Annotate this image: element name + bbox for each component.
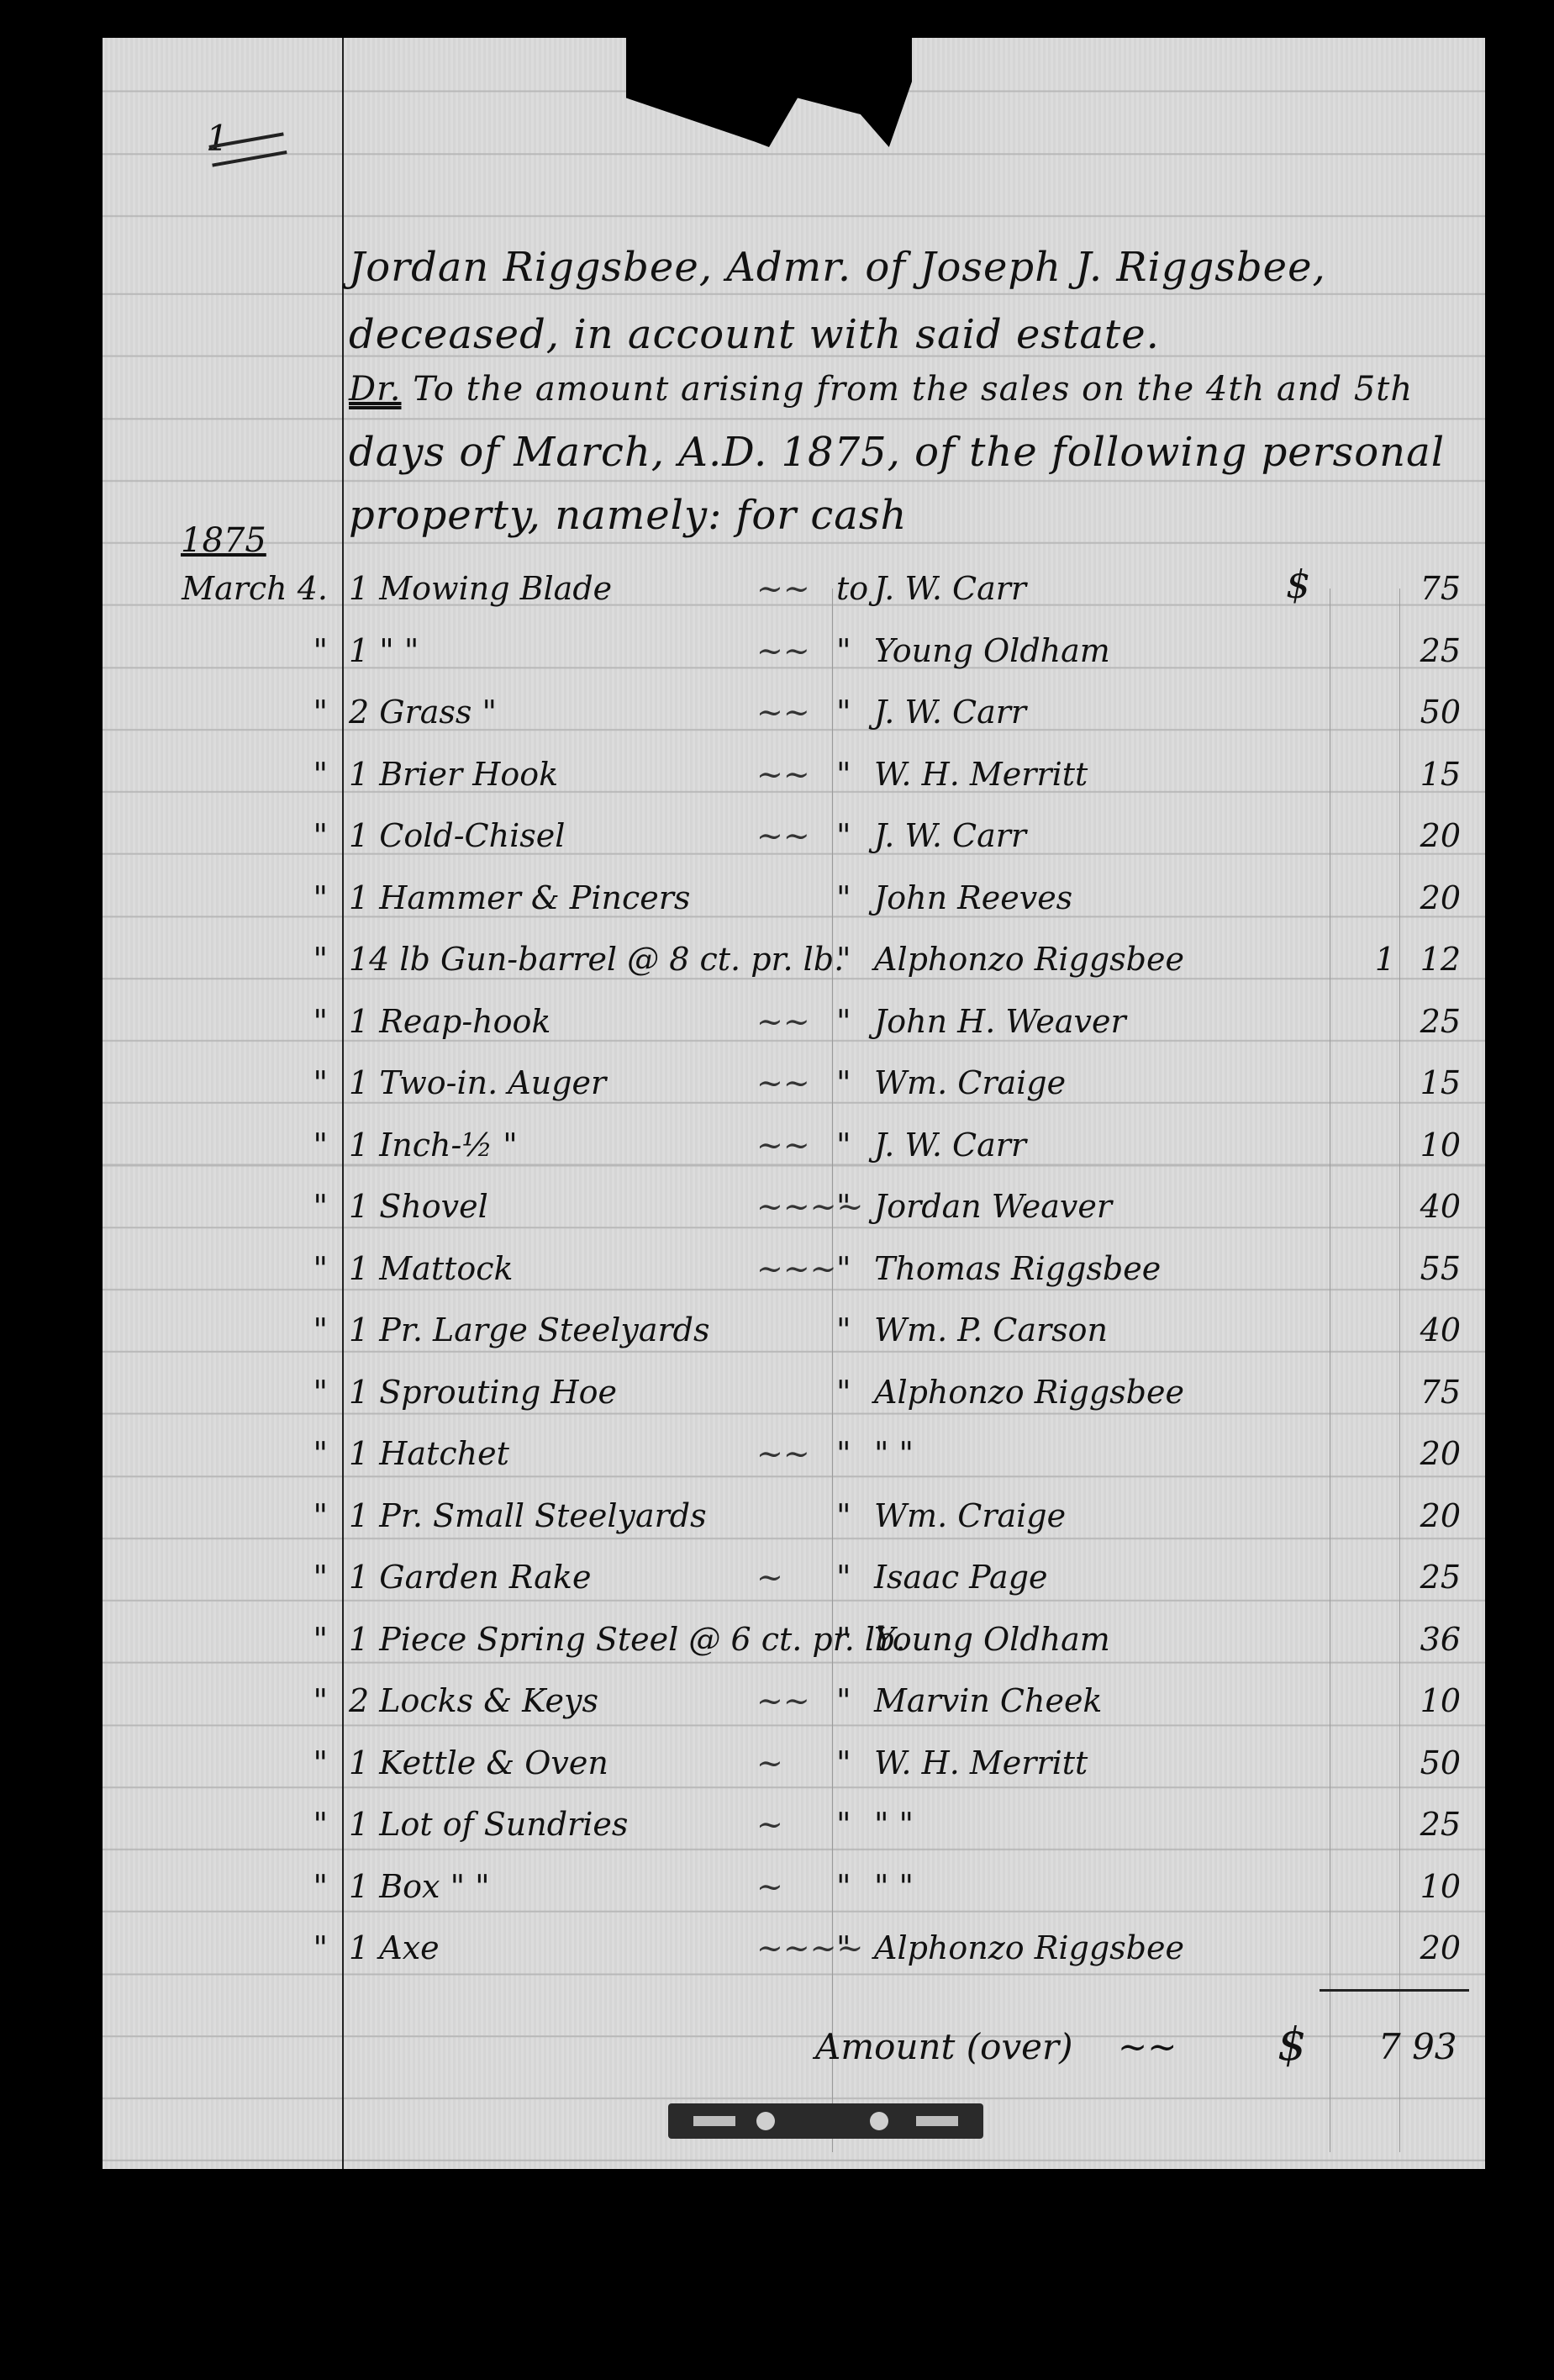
row-item: 1 Box " "	[349, 1868, 490, 1905]
row-date: March 4.	[151, 570, 328, 607]
row-buyer: J. W. Carr	[874, 1127, 1026, 1164]
total-value: 7 93	[1378, 2026, 1457, 2067]
row-to: "	[836, 941, 851, 978]
row-dollars: 1	[1345, 941, 1395, 978]
row-date: "	[151, 1559, 328, 1596]
table-row: " 1 Inch-½ " ~~ " J. W. Carr 10	[0, 1118, 1554, 1180]
row-date: "	[151, 1064, 328, 1101]
row-buyer: Wm. Craige	[874, 1064, 1066, 1101]
row-dash: ~	[756, 1744, 783, 1781]
row-dash: ~~	[756, 1682, 810, 1719]
row-to: "	[836, 1188, 851, 1225]
row-item: 1 Pr. Large Steelyards	[349, 1311, 709, 1348]
row-item: 1 Cold-Chisel	[349, 817, 565, 854]
row-cents: 40	[1402, 1188, 1461, 1225]
row-date: "	[151, 1435, 328, 1472]
row-dash: ~~	[756, 1064, 810, 1101]
row-item: 1 Brier Hook	[349, 756, 558, 793]
row-cents: 75	[1402, 570, 1461, 607]
row-buyer: Alphonzo Riggsbee	[874, 1929, 1184, 1966]
row-date: "	[151, 941, 328, 978]
table-row: " 14 lb Gun-barrel @ 8 ct. pr. lb. " Alp…	[0, 932, 1554, 995]
row-date: "	[151, 1003, 328, 1040]
row-cents: 75	[1402, 1374, 1461, 1411]
row-dash: ~~	[756, 1003, 810, 1040]
row-buyer: " "	[874, 1868, 914, 1905]
row-cents: 50	[1402, 1744, 1461, 1781]
heading-line-3-text: To the amount arising from the sales on …	[402, 370, 1414, 409]
row-to: "	[836, 1621, 851, 1658]
row-buyer: J. W. Carr	[874, 817, 1026, 854]
row-to: "	[836, 817, 851, 854]
table-row: " 2 Grass " ~~ " J. W. Carr 50	[0, 685, 1554, 747]
row-dash: ~~	[756, 1435, 810, 1472]
row-to: "	[836, 1127, 851, 1164]
row-to: "	[836, 1868, 851, 1905]
row-cents: 40	[1402, 1311, 1461, 1348]
heading-line-1: Jordan Riggsbee, Admr. of Joseph J. Rigg…	[349, 244, 1326, 291]
row-item: 1 Lot of Sundries	[349, 1806, 628, 1843]
row-to: "	[836, 1064, 851, 1101]
row-date: "	[151, 1806, 328, 1843]
dollar-sign-icon: $	[1277, 2018, 1306, 2071]
row-item: 1 Mattock	[349, 1250, 514, 1287]
row-to: to	[836, 570, 868, 607]
row-dash: ~	[756, 1868, 783, 1905]
total-dash: ~~	[1118, 2026, 1177, 2067]
row-to: "	[836, 1559, 851, 1596]
row-to: "	[836, 1250, 851, 1287]
table-row: " 1 Pr. Small Steelyards " Wm. Craige 20	[0, 1489, 1554, 1551]
total-rule	[1320, 1989, 1469, 1992]
row-to: "	[836, 1003, 851, 1040]
row-dash: ~~	[756, 756, 810, 793]
row-item: 1 Sprouting Hoe	[349, 1374, 617, 1411]
row-buyer: J. W. Carr	[874, 570, 1026, 607]
row-date: "	[151, 1188, 328, 1225]
table-row: " 1 Two-in. Auger ~~ " Wm. Craige 15	[0, 1056, 1554, 1118]
row-buyer: " "	[874, 1435, 914, 1472]
row-buyer: Young Oldham	[874, 632, 1110, 669]
heading-line-5: property, namely: for cash	[349, 492, 907, 539]
table-row: " 1 Axe ~~~~ " Alphonzo Riggsbee 20	[0, 1921, 1554, 1983]
row-to: "	[836, 1682, 851, 1719]
row-date: "	[151, 1744, 328, 1781]
row-date: "	[151, 879, 328, 916]
row-item: 2 Locks & Keys	[349, 1682, 598, 1719]
row-buyer: " "	[874, 1806, 914, 1843]
row-cents: 10	[1402, 1682, 1461, 1719]
table-row: " 1 Garden Rake ~ " Isaac Page 25	[0, 1550, 1554, 1612]
row-cents: 25	[1402, 1806, 1461, 1843]
archive-stamp-icon	[668, 2103, 983, 2139]
row-item: 1 Hatchet	[349, 1435, 509, 1472]
heading-line-2: deceased, in account with said estate.	[349, 311, 1160, 358]
row-dash: ~~	[756, 632, 810, 669]
row-item: 1 Two-in. Auger	[349, 1064, 606, 1101]
row-dash: ~	[756, 1806, 783, 1843]
heading-line-4: days of March, A.D. 1875, of the followi…	[349, 429, 1445, 476]
year-label: 1875	[181, 521, 266, 560]
row-date: "	[151, 1682, 328, 1719]
row-cents: 10	[1402, 1868, 1461, 1905]
table-row: " 1 Kettle & Oven ~ " W. H. Merritt 50	[0, 1736, 1554, 1798]
table-row: " 1 Sprouting Hoe " Alphonzo Riggsbee 75	[0, 1365, 1554, 1427]
heading-line-3: Dr. To the amount arising from the sales…	[349, 370, 1413, 409]
row-buyer: W. H. Merritt	[874, 756, 1088, 793]
row-dash: ~~	[756, 817, 810, 854]
row-date: "	[151, 1311, 328, 1348]
row-to: "	[836, 632, 851, 669]
row-buyer: Alphonzo Riggsbee	[874, 1374, 1184, 1411]
row-item: 1 Reap-hook	[349, 1003, 550, 1040]
table-row: " 1 Hammer & Pincers " John Reeves 20	[0, 871, 1554, 933]
row-buyer: John Reeves	[874, 879, 1072, 916]
row-buyer: Alphonzo Riggsbee	[874, 941, 1184, 978]
table-row: " 1 Piece Spring Steel @ 6 ct. pr. lb. "…	[0, 1612, 1554, 1675]
row-buyer: Wm. Craige	[874, 1497, 1066, 1534]
row-to: "	[836, 879, 851, 916]
row-item: 1 Inch-½ "	[349, 1127, 518, 1164]
row-cents: 25	[1402, 1559, 1461, 1596]
row-cents: 20	[1402, 1435, 1461, 1472]
row-item: 1 Mowing Blade	[349, 570, 612, 607]
row-date: "	[151, 1621, 328, 1658]
row-cents: 25	[1402, 1003, 1461, 1040]
row-buyer: John H. Weaver	[874, 1003, 1126, 1040]
row-item: 1 " "	[349, 632, 419, 669]
row-item: 1 Piece Spring Steel @ 6 ct. pr. lb.	[349, 1621, 905, 1658]
row-cents: 20	[1402, 1929, 1461, 1966]
row-to: "	[836, 756, 851, 793]
row-cents: 25	[1402, 632, 1461, 669]
row-buyer: J. W. Carr	[874, 694, 1026, 731]
row-date: "	[151, 1250, 328, 1287]
row-date: "	[151, 1497, 328, 1534]
row-dash: ~~	[756, 1127, 810, 1164]
row-to: "	[836, 1311, 851, 1348]
row-cents: 20	[1402, 817, 1461, 854]
row-date: "	[151, 694, 328, 731]
debit-label: Dr.	[349, 370, 402, 409]
row-cents: 55	[1402, 1250, 1461, 1287]
row-cents: 50	[1402, 694, 1461, 731]
row-date: "	[151, 1868, 328, 1905]
row-item: 1 Kettle & Oven	[349, 1744, 608, 1781]
table-row: " 1 Lot of Sundries ~ " " " 25	[0, 1797, 1554, 1860]
row-buyer: Wm. P. Carson	[874, 1311, 1108, 1348]
row-cents: 12	[1402, 941, 1461, 978]
row-cents: 10	[1402, 1127, 1461, 1164]
table-row: " 1 Mattock ~~~ " Thomas Riggsbee 55	[0, 1242, 1554, 1304]
row-to: "	[836, 694, 851, 731]
row-date: "	[151, 1929, 328, 1966]
row-buyer: Young Oldham	[874, 1621, 1110, 1658]
table-row: " 1 Pr. Large Steelyards " Wm. P. Carson…	[0, 1303, 1554, 1365]
row-date: "	[151, 1374, 328, 1411]
table-row: " 1 Shovel ~~~~ " Jordan Weaver 40	[0, 1179, 1554, 1242]
table-row: " 1 " " ~~ " Young Oldham 25	[0, 624, 1554, 686]
row-item: 2 Grass "	[349, 694, 497, 731]
row-buyer: Jordan Weaver	[874, 1188, 1112, 1225]
row-dash: ~~	[756, 570, 810, 607]
row-to: "	[836, 1497, 851, 1534]
row-dash: ~~~	[756, 1250, 837, 1287]
row-cents: 15	[1402, 756, 1461, 793]
row-dash: ~~	[756, 694, 810, 731]
row-date: "	[151, 817, 328, 854]
row-cents: 15	[1402, 1064, 1461, 1101]
row-date: "	[151, 1127, 328, 1164]
row-cents: 20	[1402, 1497, 1461, 1534]
dollar-sign-icon: $	[1286, 562, 1310, 607]
table-row: " 1 Brier Hook ~~ " W. H. Merritt 15	[0, 747, 1554, 810]
row-to: "	[836, 1806, 851, 1843]
row-date: "	[151, 756, 328, 793]
table-row: " 1 Hatchet ~~ " " " 20	[0, 1427, 1554, 1489]
row-cents: 36	[1402, 1621, 1461, 1658]
row-buyer: Isaac Page	[874, 1559, 1048, 1596]
table-row: " 1 Cold-Chisel ~~ " J. W. Carr 20	[0, 809, 1554, 871]
row-buyer: W. H. Merritt	[874, 1744, 1088, 1781]
row-date: "	[151, 632, 328, 669]
row-to: "	[836, 1744, 851, 1781]
row-item: 1 Pr. Small Steelyards	[349, 1497, 707, 1534]
table-row: " 1 Box " " ~ " " " 10	[0, 1860, 1554, 1922]
row-to: "	[836, 1929, 851, 1966]
row-buyer: Thomas Riggsbee	[874, 1250, 1161, 1287]
row-to: "	[836, 1374, 851, 1411]
row-item: 1 Garden Rake	[349, 1559, 591, 1596]
table-row: " 2 Locks & Keys ~~ " Marvin Cheek 10	[0, 1674, 1554, 1736]
table-row: March 4. 1 Mowing Blade ~~ to J. W. Carr…	[0, 562, 1554, 624]
row-buyer: Marvin Cheek	[874, 1682, 1102, 1719]
table-row: " 1 Reap-hook ~~ " John H. Weaver 25	[0, 995, 1554, 1057]
row-item: 1 Shovel	[349, 1188, 488, 1225]
row-cents: 20	[1402, 879, 1461, 916]
row-item: 14 lb Gun-barrel @ 8 ct. pr. lb.	[349, 941, 844, 978]
row-to: "	[836, 1435, 851, 1472]
sales-table: March 4. 1 Mowing Blade ~~ to J. W. Carr…	[0, 562, 1554, 1983]
total-label: Amount (over)	[815, 2026, 1073, 2067]
row-item: 1 Hammer & Pincers	[349, 879, 690, 916]
row-dash: ~	[756, 1559, 783, 1596]
row-item: 1 Axe	[349, 1929, 440, 1966]
